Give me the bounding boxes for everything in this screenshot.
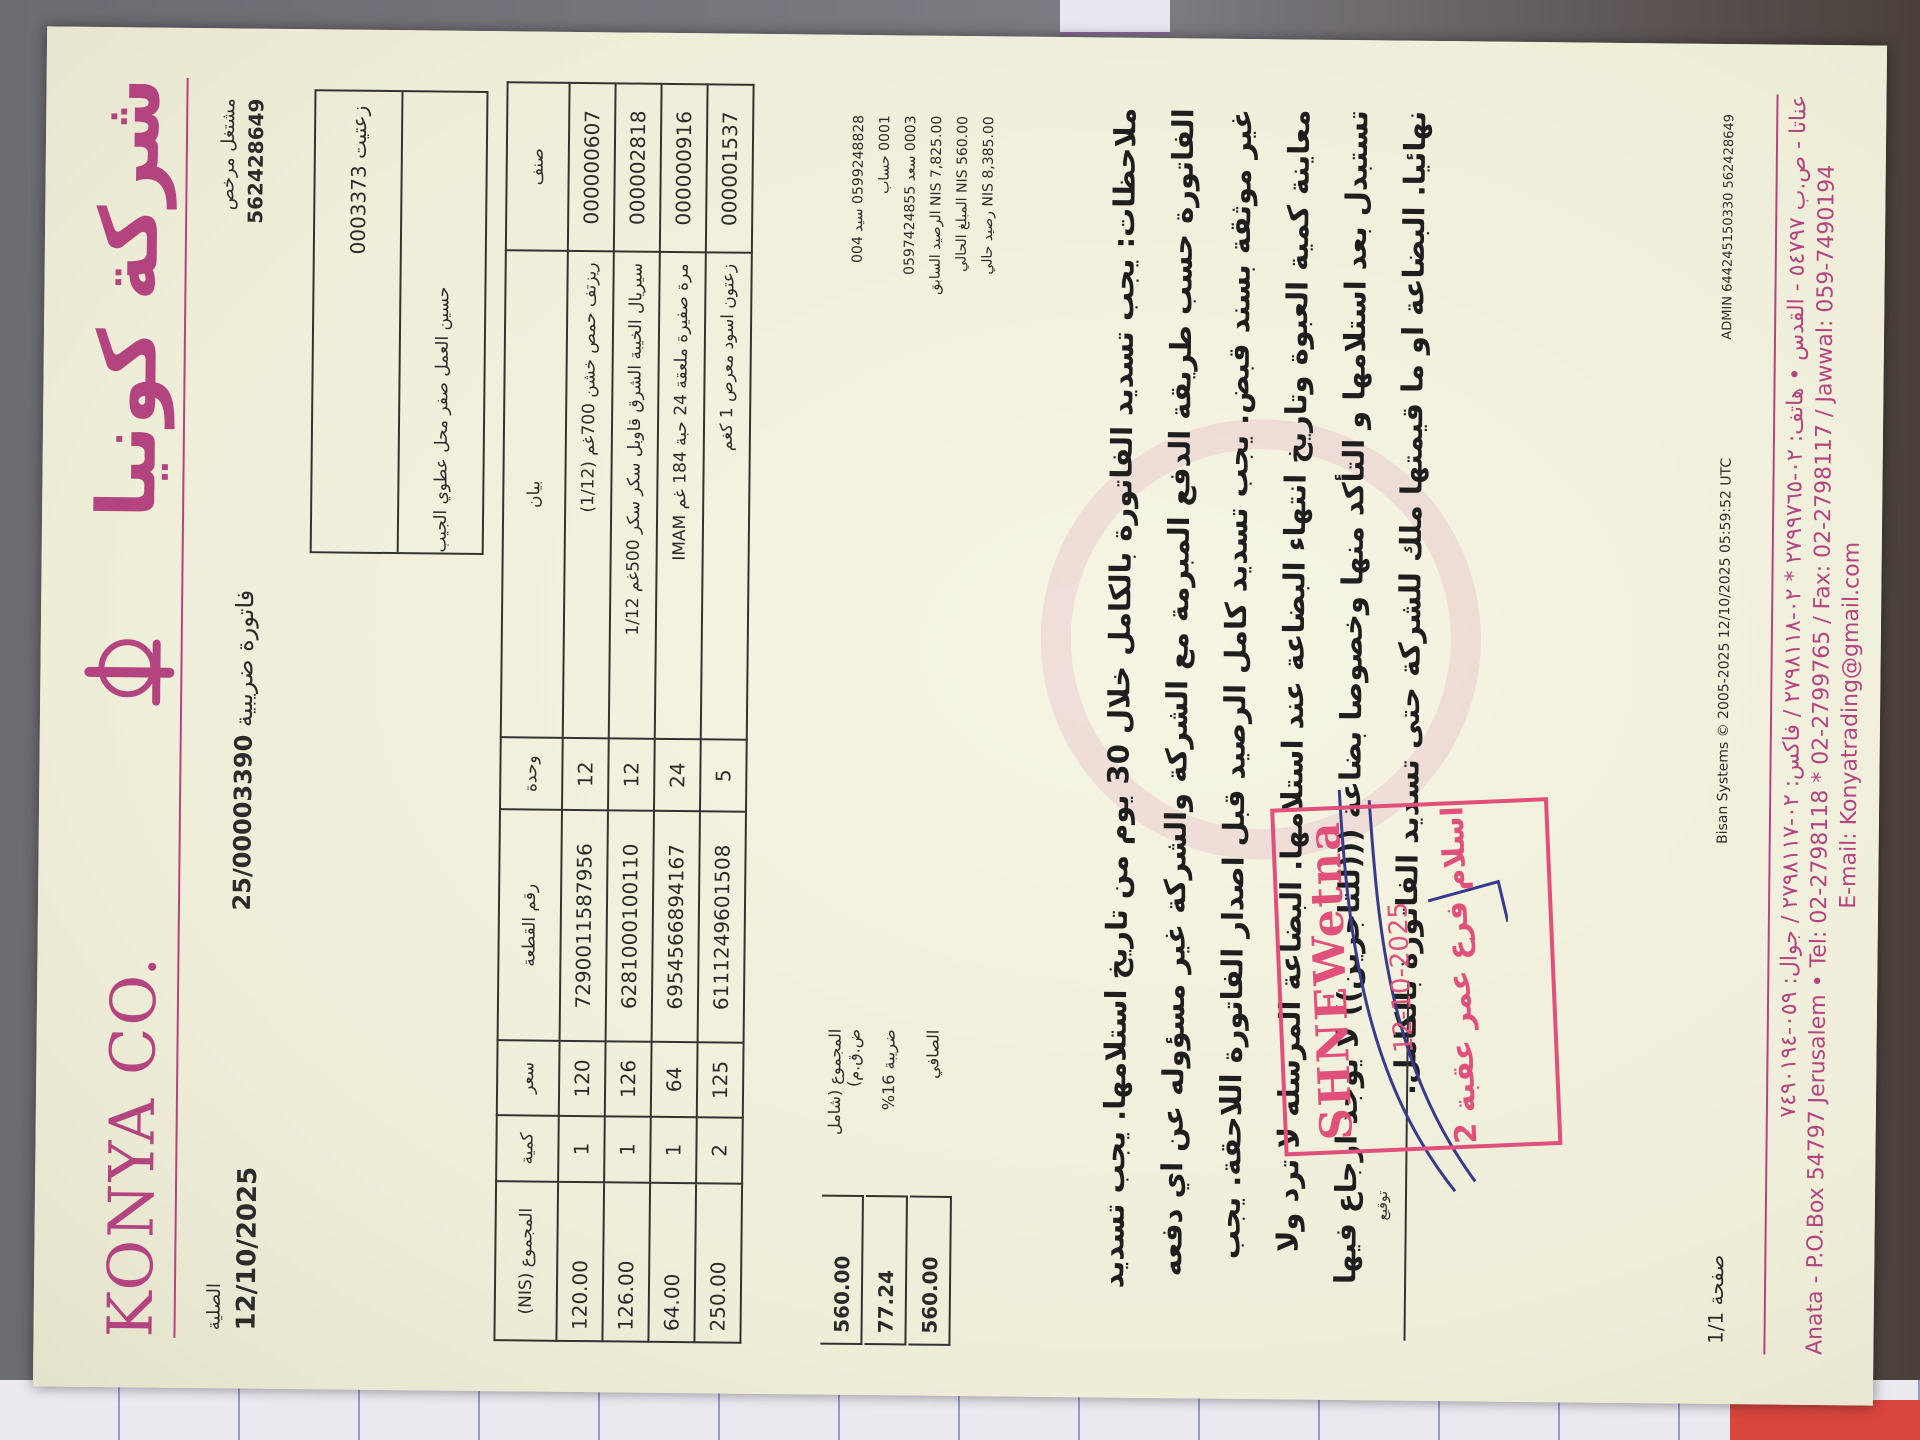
letterhead: KONYA CO. شركة كونيا bbox=[63, 77, 188, 1338]
invoice-page: KONYA CO. شركة كونيا الصلية 12/10/2025 ف… bbox=[33, 26, 1887, 1405]
background-paper-scrap bbox=[1060, 0, 1170, 35]
item-barcode: 6281000100110 bbox=[606, 811, 654, 1043]
col-price: سعر bbox=[497, 1040, 560, 1115]
col-code: صنف bbox=[506, 82, 570, 251]
item-code: 000002818 bbox=[614, 83, 662, 252]
item-code: 000000607 bbox=[568, 83, 616, 252]
total-label: المجموع (شامل ض.ق.م) bbox=[824, 1025, 864, 1195]
item-description: سيريال الخيبة الشرق قاوبل سكر سكر 500غم … bbox=[609, 252, 660, 739]
col-unit: وحدة bbox=[500, 737, 563, 810]
customer-name: حسين العمل صفر محل عطوي الجيب bbox=[399, 92, 487, 553]
item-description: ريزتف حمص خشن 700غم (1/12) bbox=[563, 251, 614, 738]
item-price: 126 bbox=[605, 1042, 652, 1117]
items-table: صنف بيان وحدة رقم القطعة سعر كمية المجمو… bbox=[493, 81, 754, 1344]
col-barcode: رقم القطعة bbox=[498, 809, 562, 1041]
item-total: 64.00 bbox=[648, 1183, 696, 1342]
col-description: بيان bbox=[501, 251, 568, 738]
company-name-ar: شركة كونيا bbox=[80, 77, 178, 519]
stamp-brand: SHNEWetna bbox=[1298, 809, 1363, 1151]
item-price: 120 bbox=[559, 1041, 606, 1116]
item-unit: 5 bbox=[700, 739, 747, 812]
account-balance-info: 0599248828 سيد 004 0001 حساب 0003 سعد 05… bbox=[841, 115, 1002, 637]
total-value: 560.00 bbox=[820, 1195, 864, 1345]
stamp-date: 12-10-2025 bbox=[1379, 807, 1423, 1148]
tax-row: 77.24 ضريبة 16% bbox=[863, 1025, 910, 1345]
invoice-title-text: فاتورة ضريبية bbox=[230, 590, 259, 728]
col-total: المجموع (NIS) bbox=[494, 1181, 558, 1340]
received-stamp: SHNEWetna 12-10-2025 اسلام فرع عمر عقبة … bbox=[1270, 797, 1562, 1156]
item-price: 125 bbox=[697, 1043, 744, 1118]
customer-label: مشتغل مرخص bbox=[217, 98, 239, 210]
invoice-title: فاتورة ضريبية 25/00003390 bbox=[228, 590, 259, 919]
item-total: 126.00 bbox=[602, 1183, 650, 1342]
item-qty: 1 bbox=[604, 1116, 651, 1183]
company-logo-icon bbox=[84, 627, 175, 718]
customer-box: 0003373 زعتيت حسين العمل صفر محل عطوي ال… bbox=[310, 89, 489, 555]
customer-id: 562428649 bbox=[243, 98, 268, 223]
item-barcode: 6954566894167 bbox=[652, 811, 700, 1043]
company-name-en: KONYA CO. bbox=[93, 954, 170, 1337]
letterhead-footer: عناتا - ص.ب ٥٤٧٩٧ - القدس • هاتف: ٠٢-٢٧٩… bbox=[1763, 95, 1869, 1356]
net-value: 560.00 bbox=[908, 1196, 952, 1346]
item-total: 120.00 bbox=[556, 1182, 604, 1341]
background-red-object bbox=[1730, 1400, 1920, 1440]
invoice-photo: KONYA CO. شركة كونيا الصلية 12/10/2025 ف… bbox=[33, 26, 1887, 1405]
totals-block: 560.00 المجموع (شامل ض.ق.م) 77.24 ضريبة … bbox=[819, 1025, 954, 1346]
col-qty: كمية bbox=[496, 1115, 559, 1182]
invoice-date: 12/10/2025 bbox=[232, 1167, 264, 1331]
balance-line: 8,385.00 NIS رصيد حالي bbox=[971, 116, 1002, 636]
item-qty: 1 bbox=[558, 1115, 605, 1182]
item-total: 250.00 bbox=[694, 1184, 742, 1343]
item-barcode: 7290011587956 bbox=[560, 810, 608, 1042]
item-price: 64 bbox=[651, 1042, 698, 1117]
tax-label: ضريبة 16% bbox=[877, 1025, 898, 1195]
item-code: 000000916 bbox=[660, 84, 708, 253]
item-qty: 2 bbox=[696, 1117, 743, 1184]
customer-account: 0003373 زعتيت bbox=[312, 91, 404, 552]
item-barcode: 6111249601508 bbox=[698, 812, 746, 1044]
item-description: مرة صفيرة ملعقة 24 حبة 184 غم IMAM bbox=[655, 252, 706, 739]
item-qty: 1 bbox=[650, 1116, 697, 1183]
item-unit: 12 bbox=[608, 738, 655, 811]
system-stamp: Bisan Systems © 2005-2025 12/10/2025 05:… bbox=[1715, 458, 1735, 844]
admin-stamp: ADMIN 644245150330 562428649 bbox=[1720, 114, 1737, 340]
item-unit: 12 bbox=[562, 738, 609, 811]
net-label: الصافي bbox=[921, 1026, 942, 1196]
page-number: صفحة 1/1 bbox=[1703, 1255, 1728, 1345]
net-row: 560.00 الصافي bbox=[907, 1026, 954, 1346]
date-label: الصلية bbox=[204, 1283, 225, 1330]
invoice-number: 25/00003390 bbox=[228, 735, 258, 911]
item-unit: 24 bbox=[654, 739, 701, 812]
tax-value: 77.24 bbox=[864, 1195, 908, 1345]
item-description: زعتون اسود معرص 1 كغم bbox=[701, 253, 752, 740]
stamp-branch: اسلام فرع عمر عقبة 2 bbox=[1435, 804, 1484, 1145]
total-row: 560.00 المجموع (شامل ض.ق.م) bbox=[819, 1025, 866, 1345]
item-code: 000001537 bbox=[706, 84, 754, 253]
